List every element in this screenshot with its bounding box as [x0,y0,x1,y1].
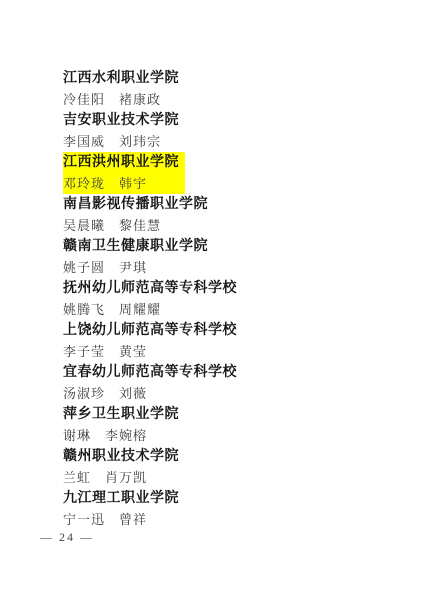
entry-highlight-wrap: 九江理工职业学院 宁一迅 曾祥 [63,488,179,530]
list-entry: 赣州职业技术学院 兰虹 肖万凯 [63,446,406,488]
institution-name: 萍乡卫生职业学院 [63,404,179,425]
student-names: 李国威 刘玮宗 [63,131,179,152]
list-entry: 宜春幼儿师范高等专科学校 汤淑珍 刘薇 [63,362,406,404]
entry-highlight-wrap: 抚州幼儿师范高等专科学校 姚腾飞 周耀耀 [63,278,237,320]
student-names: 冷佳阳 褚康政 [63,89,179,110]
institution-name: 江西洪州职业学院 [63,152,179,173]
institution-name: 赣州职业技术学院 [63,446,179,467]
institution-name: 吉安职业技术学院 [63,110,179,131]
entry-highlight-wrap: 南昌影视传播职业学院 吴晨曦 黎佳慧 [63,194,208,236]
page-number: — 24 — [40,530,94,545]
list-entry: 九江理工职业学院 宁一迅 曾祥 [63,488,406,530]
entry-highlight-wrap: 宜春幼儿师范高等专科学校 汤淑珍 刘薇 [63,362,237,404]
student-names: 姚子圆 尹琪 [63,257,208,278]
document-page: 江西水利职业学院 冷佳阳 褚康政 吉安职业技术学院 李国威 刘玮宗 江西洪州职业… [0,0,426,602]
institution-name: 南昌影视传播职业学院 [63,194,208,215]
entry-highlight-wrap: 吉安职业技术学院 李国威 刘玮宗 [63,110,179,152]
list-entry: 上饶幼儿师范高等专科学校 李子莹 黄莹 [63,320,406,362]
entry-highlight-wrap: 赣南卫生健康职业学院 姚子圆 尹琪 [63,236,208,278]
list-entry: 抚州幼儿师范高等专科学校 姚腾飞 周耀耀 [63,278,406,320]
list-entry: 萍乡卫生职业学院 谢琳 李婉榕 [63,404,406,446]
institution-name: 赣南卫生健康职业学院 [63,236,208,257]
institution-name: 江西水利职业学院 [63,68,179,89]
entry-highlight-wrap: 江西洪州职业学院 邓玲珑 韩宇 [63,152,185,194]
student-names: 姚腾飞 周耀耀 [63,299,237,320]
institution-name: 抚州幼儿师范高等专科学校 [63,278,237,299]
student-names: 吴晨曦 黎佳慧 [63,215,208,236]
list-entry: 赣南卫生健康职业学院 姚子圆 尹琪 [63,236,406,278]
student-names: 邓玲珑 韩宇 [63,173,179,194]
institution-name: 上饶幼儿师范高等专科学校 [63,320,237,341]
student-names: 汤淑珍 刘薇 [63,383,237,404]
institution-name: 宜春幼儿师范高等专科学校 [63,362,237,383]
list-entry: 江西洪州职业学院 邓玲珑 韩宇 [63,152,406,194]
entry-highlight-wrap: 赣州职业技术学院 兰虹 肖万凯 [63,446,179,488]
award-list: 江西水利职业学院 冷佳阳 褚康政 吉安职业技术学院 李国威 刘玮宗 江西洪州职业… [63,68,406,530]
list-entry: 南昌影视传播职业学院 吴晨曦 黎佳慧 [63,194,406,236]
student-names: 兰虹 肖万凯 [63,467,179,488]
student-names: 李子莹 黄莹 [63,341,237,362]
list-entry: 吉安职业技术学院 李国威 刘玮宗 [63,110,406,152]
entry-highlight-wrap: 萍乡卫生职业学院 谢琳 李婉榕 [63,404,179,446]
entry-highlight-wrap: 江西水利职业学院 冷佳阳 褚康政 [63,68,179,110]
institution-name: 九江理工职业学院 [63,488,179,509]
list-entry: 江西水利职业学院 冷佳阳 褚康政 [63,68,406,110]
entry-highlight-wrap: 上饶幼儿师范高等专科学校 李子莹 黄莹 [63,320,237,362]
student-names: 宁一迅 曾祥 [63,509,179,530]
student-names: 谢琳 李婉榕 [63,425,179,446]
